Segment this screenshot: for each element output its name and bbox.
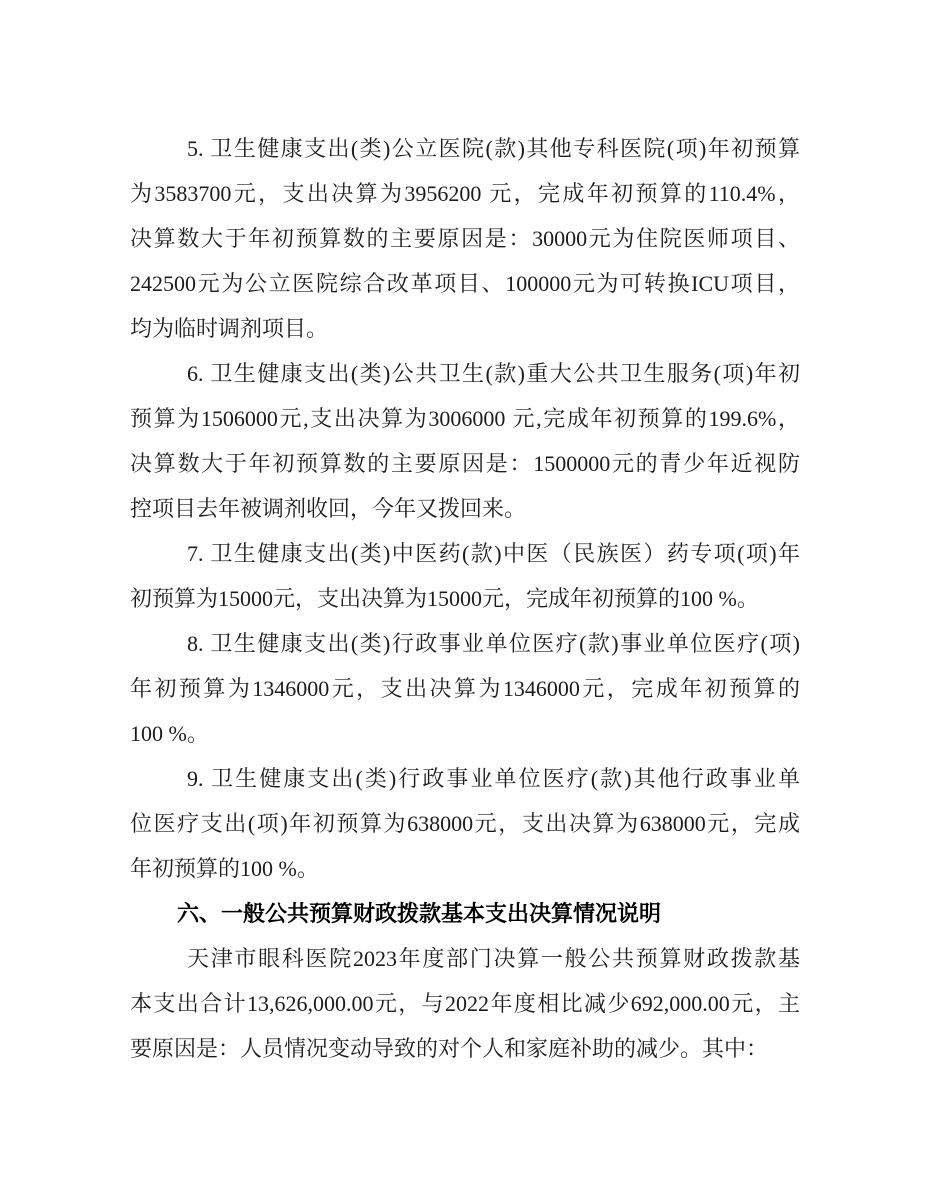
paragraph-line: 天津市眼科医院2023年度部门决算一般公共预算财政拨款基 [130, 936, 800, 981]
paragraph-line: 均为临时调剂项目。 [130, 306, 800, 351]
paragraph-item-8: 8. 卫生健康支出(类)行政事业单位医疗(款)事业单位医疗(项) 年初预算为13… [130, 621, 800, 756]
paragraph-line: 为3583700元，支出决算为3956200 元，完成年初预算的110.4%， [130, 171, 800, 216]
paragraph-line: 位医疗支出(项)年初预算为638000元，支出决算为638000元，完成 [130, 801, 800, 846]
section-heading: 六、一般公共预算财政拨款基本支出决算情况说明 [130, 891, 800, 936]
paragraph-summary: 天津市眼科医院2023年度部门决算一般公共预算财政拨款基 本支出合计13,626… [130, 936, 800, 1071]
document-body: 5. 卫生健康支出(类)公立医院(款)其他专科医院(项)年初预算 为358370… [130, 126, 800, 1071]
paragraph-line: 初预算为15000元，支出决算为15000元，完成年初预算的100 %。 [130, 576, 800, 621]
paragraph-line: 5. 卫生健康支出(类)公立医院(款)其他专科医院(项)年初预算 [130, 126, 800, 171]
paragraph-line: 242500元为公立医院综合改革项目、100000元为可转换ICU项目， [130, 261, 800, 306]
paragraph-line: 100 %。 [130, 711, 800, 756]
document-page: 5. 卫生健康支出(类)公立医院(款)其他专科医院(项)年初预算 为358370… [0, 0, 927, 1200]
paragraph-line: 7. 卫生健康支出(类)中医药(款)中医（民族医）药专项(项)年 [130, 531, 800, 576]
paragraph-line: 8. 卫生健康支出(类)行政事业单位医疗(款)事业单位医疗(项) [130, 621, 800, 666]
paragraph-item-9: 9. 卫生健康支出(类)行政事业单位医疗(款)其他行政事业单 位医疗支出(项)年… [130, 756, 800, 891]
paragraph-line: 预算为1506000元,支出决算为3006000 元,完成年初预算的199.6%… [130, 396, 800, 441]
paragraph-item-5: 5. 卫生健康支出(类)公立医院(款)其他专科医院(项)年初预算 为358370… [130, 126, 800, 351]
paragraph-line: 控项目去年被调剂收回，今年又拨回来。 [130, 486, 800, 531]
paragraph-item-7: 7. 卫生健康支出(类)中医药(款)中医（民族医）药专项(项)年 初预算为150… [130, 531, 800, 621]
paragraph-line: 9. 卫生健康支出(类)行政事业单位医疗(款)其他行政事业单 [130, 756, 800, 801]
paragraph-line: 年初预算的100 %。 [130, 846, 800, 891]
paragraph-line: 决算数大于年初预算数的主要原因是：1500000元的青少年近视防 [130, 441, 800, 486]
paragraph-line: 年初预算为1346000元，支出决算为1346000元，完成年初预算的 [130, 666, 800, 711]
paragraph-item-6: 6. 卫生健康支出(类)公共卫生(款)重大公共卫生服务(项)年初 预算为1506… [130, 351, 800, 531]
paragraph-line: 本支出合计13,626,000.00元，与2022年度相比减少692,000.0… [130, 981, 800, 1026]
paragraph-line: 要原因是：人员情况变动导致的对个人和家庭补助的减少。其中： [130, 1026, 800, 1071]
paragraph-line: 决算数大于年初预算数的主要原因是：30000元为住院医师项目、 [130, 216, 800, 261]
paragraph-line: 6. 卫生健康支出(类)公共卫生(款)重大公共卫生服务(项)年初 [130, 351, 800, 396]
